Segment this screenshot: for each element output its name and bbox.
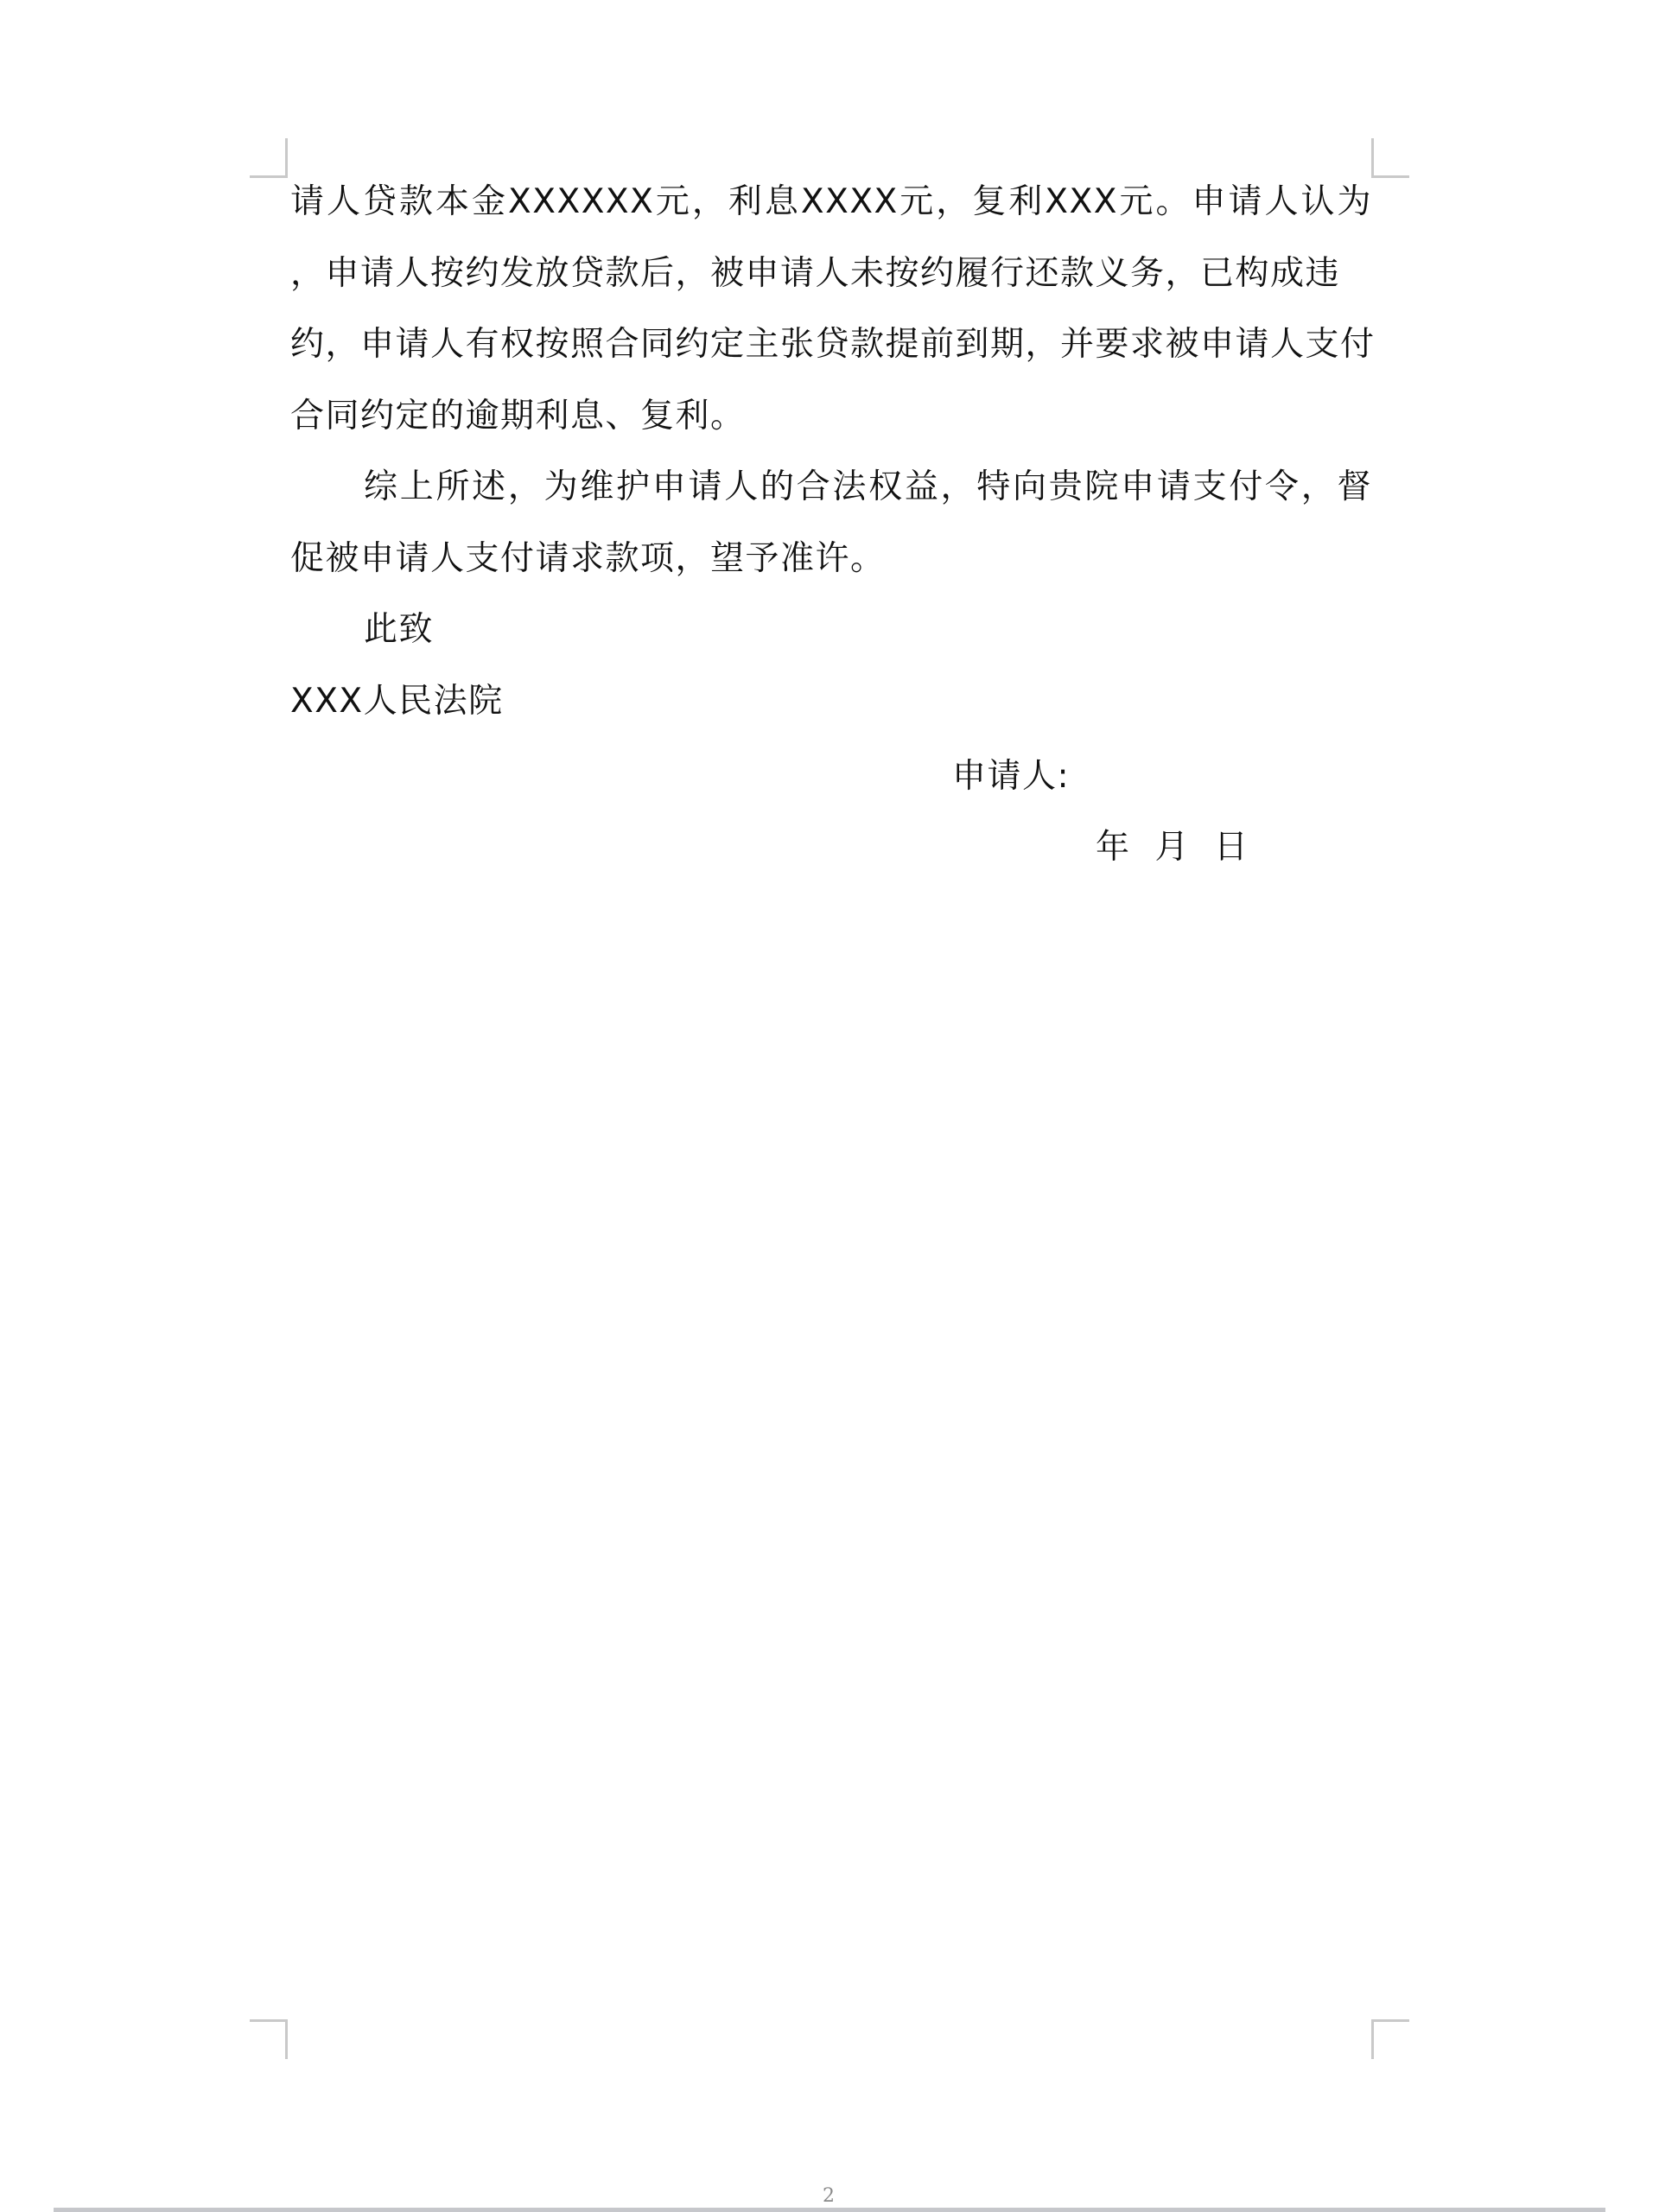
paragraph-line: 合同约定的逾期利息、复利。	[290, 381, 1372, 453]
margin-corner-mark-top-right	[1371, 138, 1409, 178]
paragraph-line: ，申请人按约发放贷款后，被申请人未按约履行还款义务，已构成违	[290, 238, 1372, 310]
page-number: 2	[816, 2185, 842, 2207]
paragraph-line: 约，申请人有权按照合同约定主张贷款提前到期，并要求被申请人支付	[290, 309, 1372, 381]
applicant-signature-label: 申请人:	[952, 741, 1070, 813]
page-separator	[54, 2208, 1605, 2212]
recipient-court: XXX人民法院	[290, 666, 1372, 738]
salutation: 此致	[290, 594, 1372, 666]
document-body[interactable]: 请人贷款本金XXXXXX元，利息XXXX元，复利XXX元。申请人认为 ，申请人按…	[290, 167, 1372, 737]
document-page: 请人贷款本金XXXXXX元，利息XXXX元，复利XXX元。申请人认为 ，申请人按…	[0, 0, 1659, 2212]
margin-corner-mark-bottom-right	[1371, 2019, 1409, 2059]
date-year-label: 年	[1096, 812, 1131, 884]
date-day-label: 日	[1214, 812, 1249, 884]
margin-corner-mark-top-left	[250, 138, 288, 178]
margin-corner-mark-bottom-left	[250, 2019, 288, 2059]
paragraph-line: 请人贷款本金XXXXXX元，利息XXXX元，复利XXX元。申请人认为	[290, 167, 1372, 238]
paragraph-line: 综上所述，为维护申请人的合法权益，特向贵院申请支付令，督	[290, 452, 1372, 524]
signature-date: 年月日	[1096, 812, 1274, 884]
date-month-label: 月	[1155, 812, 1191, 884]
paragraph-line: 促被申请人支付请求款项，望予准许。	[290, 524, 1372, 595]
